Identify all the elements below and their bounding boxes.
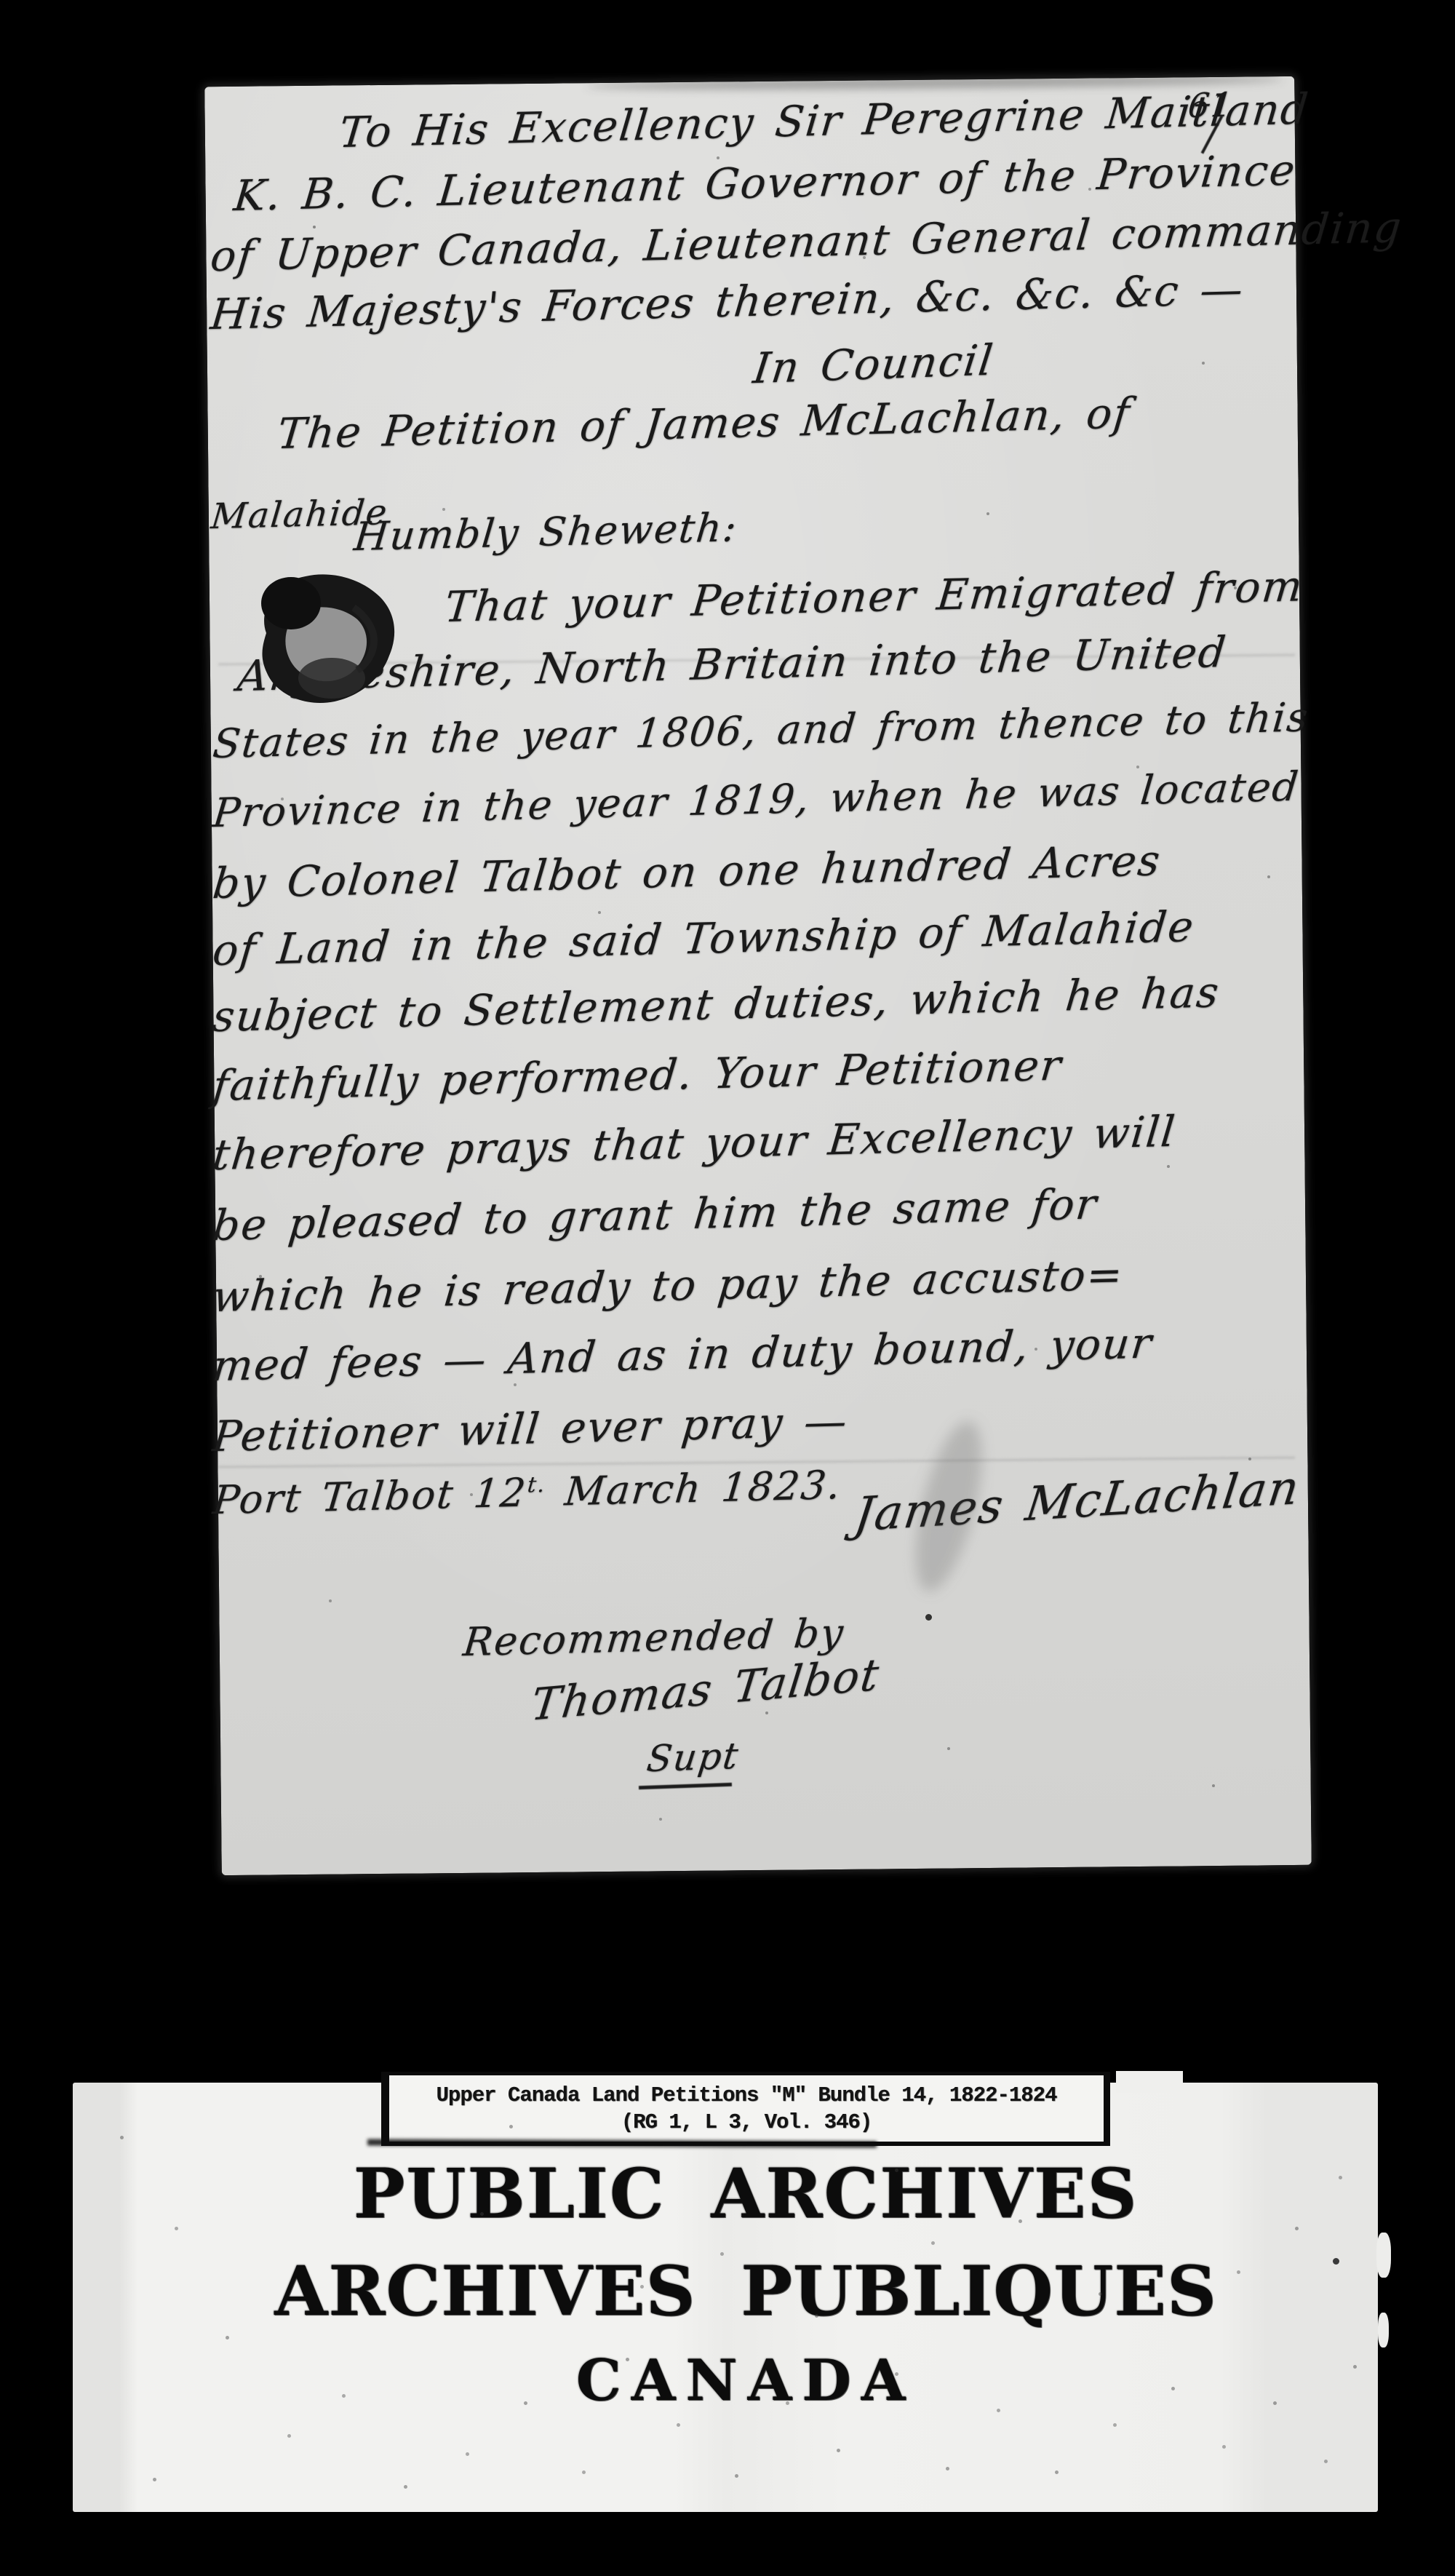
humbly-sheweth-line: Humbly Sheweth: (352, 504, 740, 560)
archive-label-line1: Upper Canada Land Petitions "M" Bundle 1… (436, 2082, 1057, 2109)
in-council-line: In Council (751, 335, 997, 393)
stamp-archives-publiques: ARCHIVES PUBLIQUES (274, 2251, 1216, 2331)
stamp-public-archives: PUBLIC ARCHIVES (354, 2154, 1139, 2234)
ink-blot (244, 564, 410, 713)
archive-label: Upper Canada Land Petitions "M" Bundle 1… (381, 2072, 1110, 2146)
torn-edge (1376, 2233, 1391, 2278)
card-ink-specks (1333, 2258, 1339, 2265)
card-noise-dots (120, 2136, 124, 2139)
stamp-canada: CANADA (576, 2348, 916, 2414)
torn-edge (1378, 2313, 1389, 2348)
archives-card-tab (1116, 2071, 1183, 2093)
archive-label-line2: (RG 1, L 3, Vol. 346) (621, 2109, 872, 2136)
paper-noise-dots (313, 226, 316, 228)
recommender-title: Supt (645, 1735, 742, 1781)
scanned-document-page: 61 To His Excellency Sir Peregrine Maitl… (0, 0, 1455, 2576)
